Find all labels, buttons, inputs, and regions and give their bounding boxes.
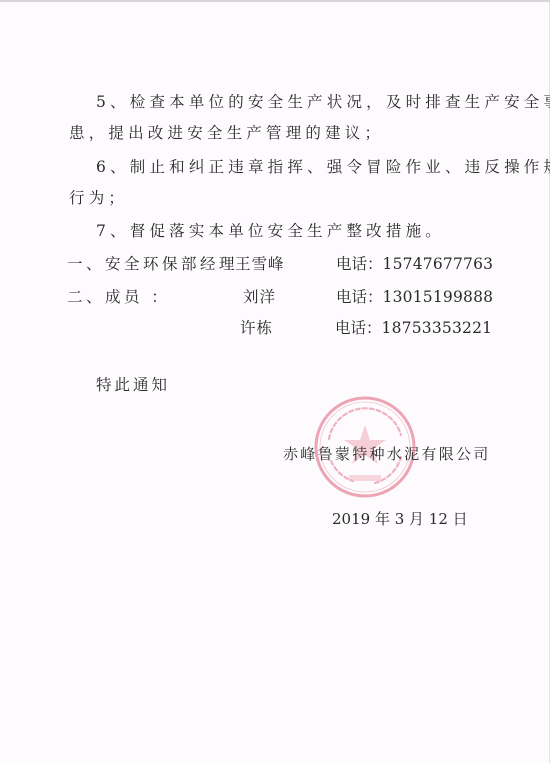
paragraph-7-line-1: 7、督促落实本单位安全生产整改措施。 — [96, 221, 445, 241]
paragraph-6-line-2: 行为； — [69, 188, 128, 208]
contact-name: 刘洋 — [243, 287, 276, 307]
closing-text: 特此通知 — [96, 375, 170, 395]
phone-label: 电话： — [335, 319, 382, 337]
paragraph-5-line-1: 5、检查本单位的安全生产状况，及时排查生产安全事故隐 — [96, 92, 550, 112]
contact-phone: 电话：18753353221 — [335, 318, 492, 338]
contact-phone: 电话：15747677763 — [336, 254, 493, 274]
contact-role: 二、成员 ： — [67, 287, 170, 307]
phone-label: 电话： — [336, 255, 383, 273]
contact-phone: 电话：13015199888 — [336, 287, 493, 307]
contact-name: 王雪峰 — [235, 254, 285, 274]
phone-number: 15747677763 — [383, 255, 494, 273]
phone-label: 电话： — [336, 288, 383, 306]
paragraph-5-line-2: 患，提出改进安全生产管理的建议； — [69, 123, 384, 143]
company-name: 赤峰鲁蒙特种水泥有限公司 — [283, 444, 491, 464]
document-date: 2019 年 3 月 12 日 — [332, 509, 468, 529]
document-page: 5、检查本单位的安全生产状况，及时排查生产安全事故隐 患，提出改进安全生产管理的… — [0, 0, 550, 763]
phone-number: 13015199888 — [383, 288, 494, 306]
contact-role: 一、安全环保部经理 — [67, 254, 238, 274]
phone-number: 18753353221 — [382, 319, 493, 337]
paragraph-6-line-1: 6、制止和纠正违章指挥、强令冒险作业、违反操作规程的 — [96, 157, 550, 177]
contact-name: 许栋 — [240, 318, 273, 338]
